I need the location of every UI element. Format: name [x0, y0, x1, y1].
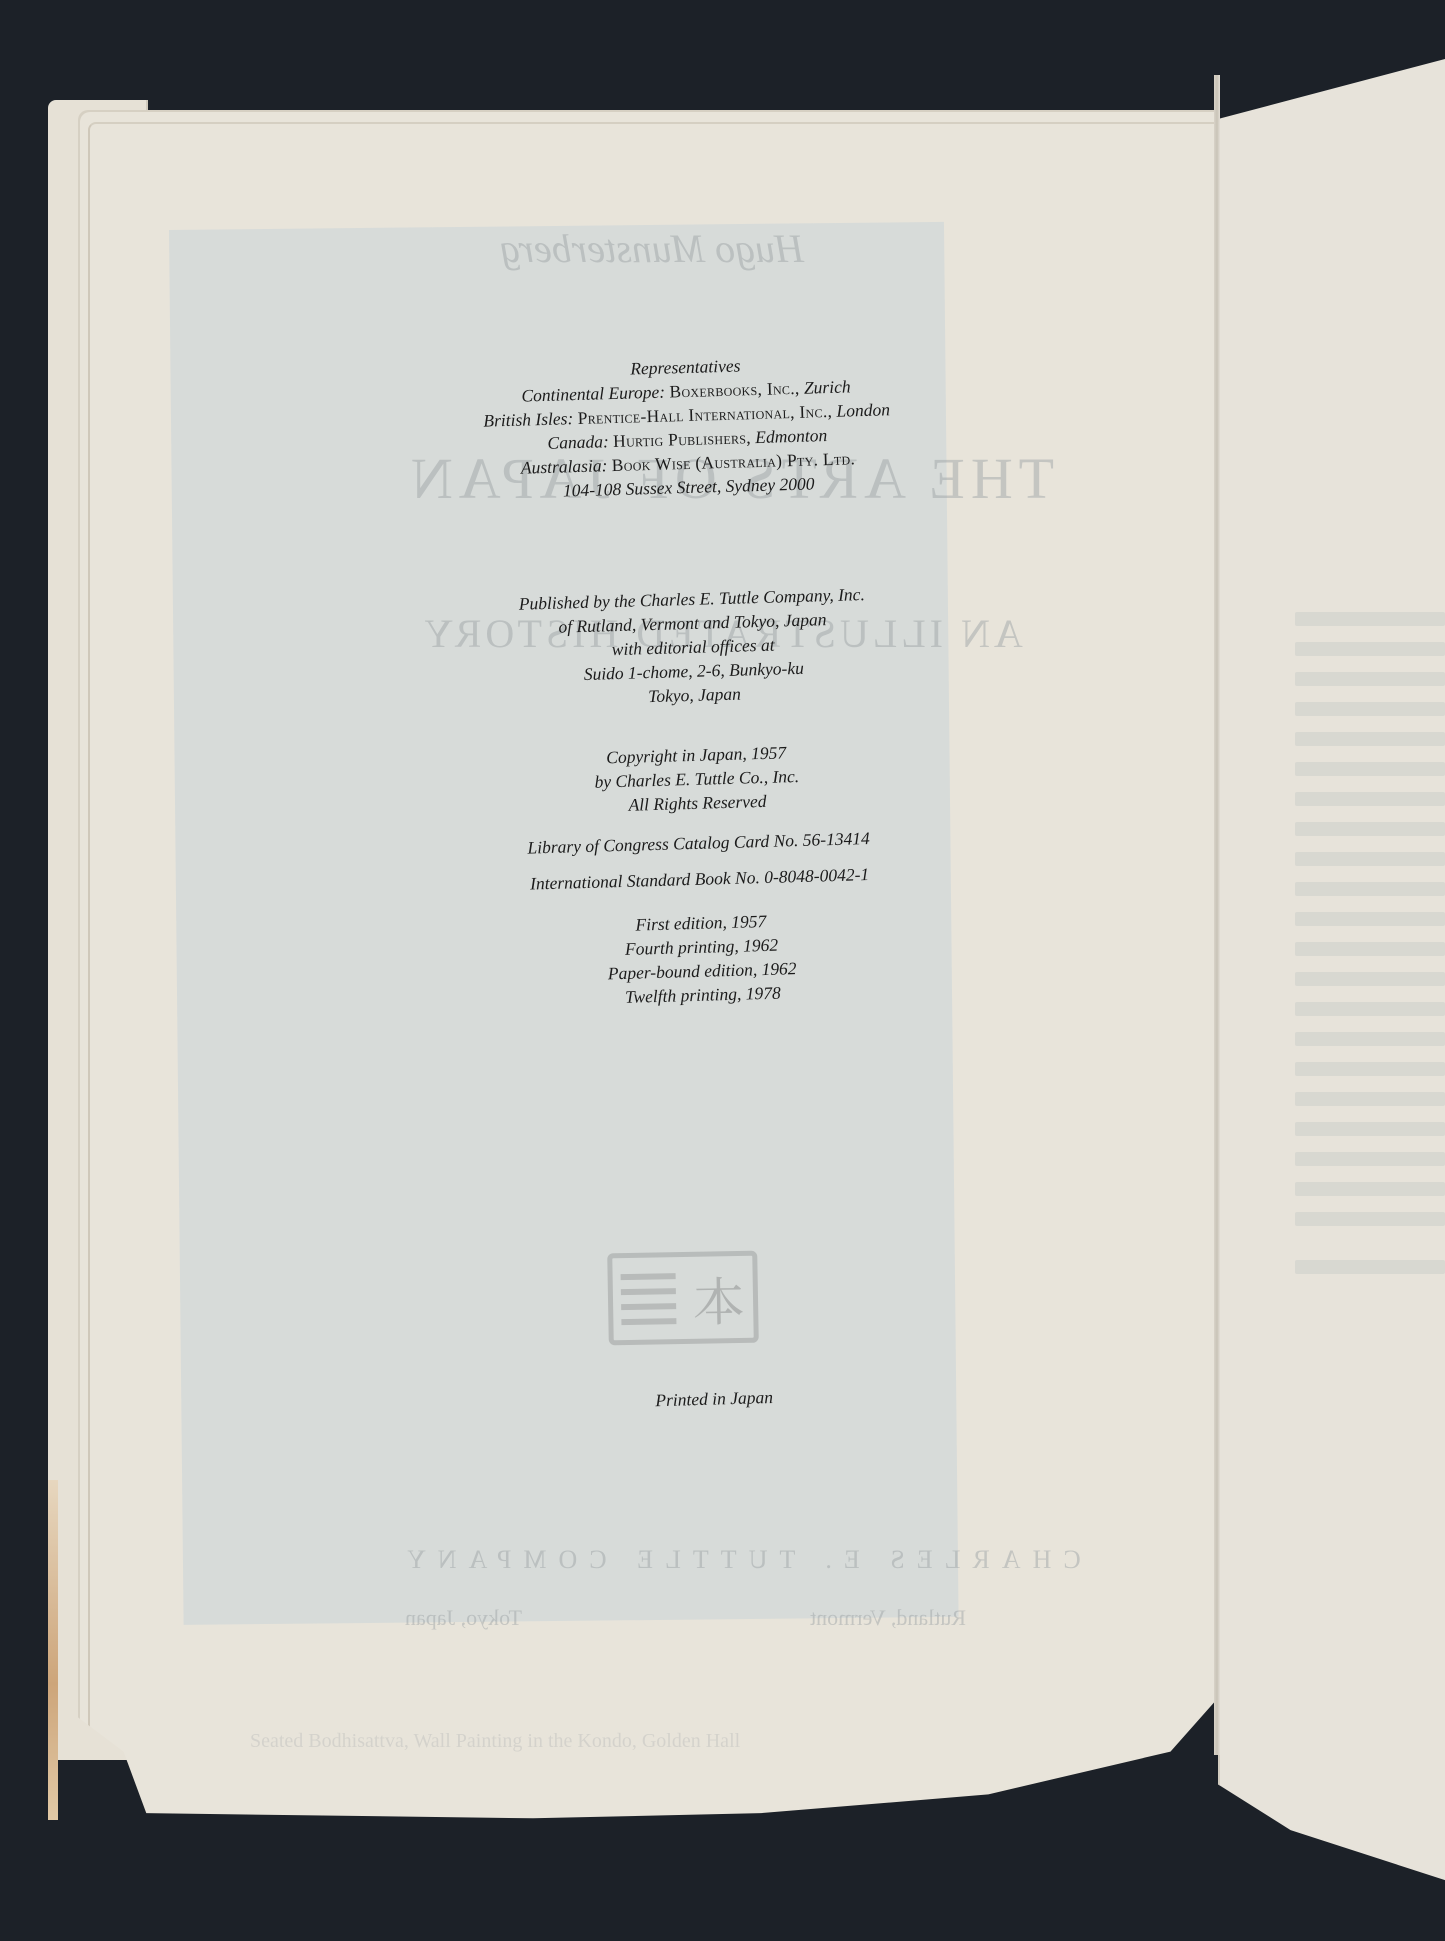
seal-glyph: 本	[692, 1259, 745, 1335]
rep-company: Book Wise (Australia) Pty. Ltd.	[611, 448, 855, 475]
ghost-publisher: CHARLES E. TUTTLE COMPANY	[395, 1545, 1081, 1575]
seal-left-glyph	[621, 1268, 677, 1329]
foxing-stain	[48, 1480, 58, 1820]
representatives-block: Representatives Continental Europe: Boxe…	[340, 345, 1034, 508]
book-gutter	[1214, 75, 1220, 1755]
publisher-block: Published by the Charles E. Tuttle Compa…	[347, 577, 1040, 716]
ghost-author: Hugo Munsterberg	[500, 225, 804, 272]
rep-region: British Isles:	[483, 408, 573, 431]
ghost-caption: Seated Bodhisattva, Wall Painting in the…	[250, 1730, 740, 1753]
ghost-city-left: Rutland, Vermont	[810, 1605, 966, 1631]
rep-city: Edmonton	[755, 425, 827, 447]
right-page-bleed-text	[1295, 612, 1445, 1290]
rep-region: Canada:	[547, 431, 609, 453]
rep-company: Boxerbooks, Inc.,	[669, 378, 800, 402]
rep-city: Zurich	[804, 376, 851, 397]
rep-city: London	[836, 399, 890, 420]
rep-region: Continental Europe:	[521, 382, 665, 406]
ghost-city-right: Tokyo, Japan	[405, 1605, 522, 1631]
publisher-seal-stamp: 本	[607, 1251, 759, 1346]
rep-region: Australasia:	[521, 455, 608, 477]
rep-company: Hurtig Publishers,	[613, 427, 751, 451]
